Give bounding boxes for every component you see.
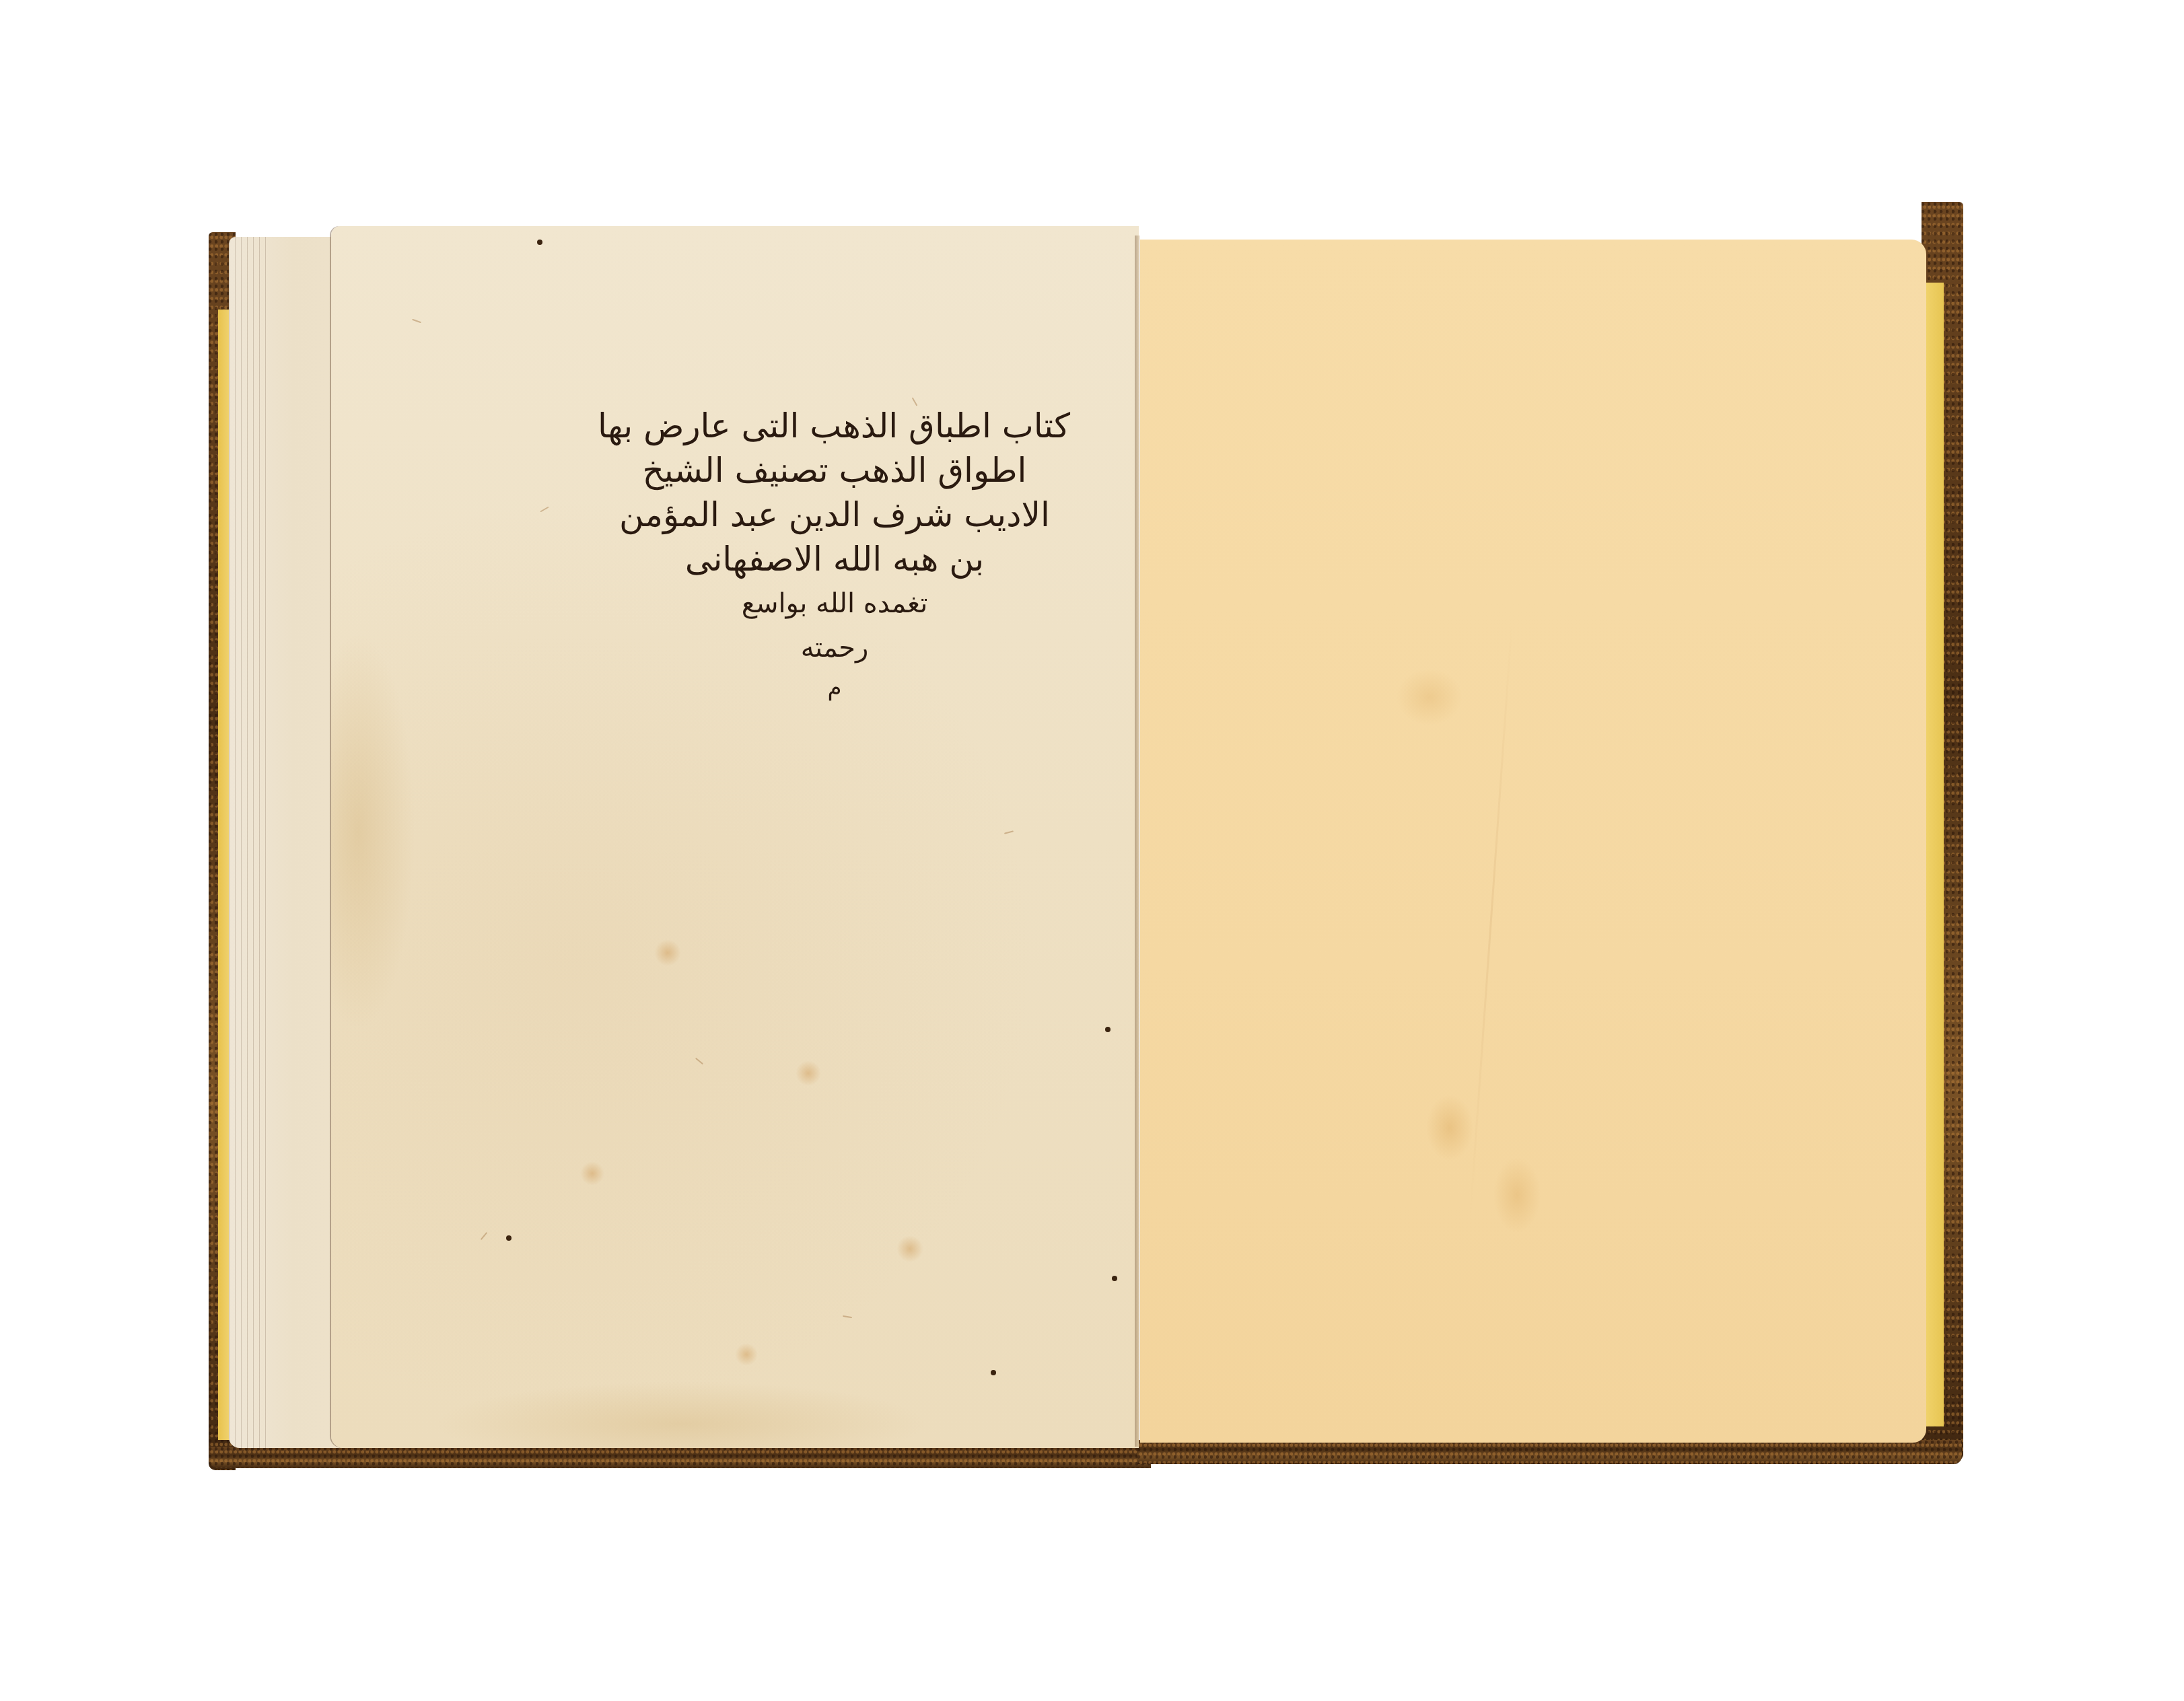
paper-fiber <box>481 1232 488 1240</box>
foxing-spot <box>580 1161 604 1186</box>
inscription-line-4: بن هبه الله الاصفهانى <box>599 537 1070 581</box>
left-cover-bottom-edge <box>209 1447 1151 1468</box>
inscription-line-3: الاديب شرف الدين عبد المؤمن <box>599 493 1070 537</box>
page-crease <box>1469 617 1514 1221</box>
paper-fiber <box>540 507 549 513</box>
paper-fiber <box>695 1058 703 1065</box>
paper-fiber <box>1004 830 1014 834</box>
book-gutter <box>1135 236 1140 1447</box>
wormhole <box>1112 1276 1117 1281</box>
foxing-spot <box>796 1060 821 1086</box>
right-yellow-pastedown <box>1926 283 1944 1426</box>
foxing-spot <box>735 1343 758 1366</box>
paper-fiber <box>412 319 421 324</box>
paper-fiber <box>843 1315 852 1318</box>
foxing-spot <box>654 939 681 966</box>
wormhole <box>537 240 542 245</box>
title-inscription: كتاب اطباق الذهب التى عارض بها اطواق الذ… <box>599 404 1070 705</box>
right-cover-bottom-edge <box>1137 1440 1962 1464</box>
foxing-spot <box>896 1235 923 1262</box>
wormhole <box>506 1235 512 1241</box>
inscription-line-5: تغمده الله بواسع <box>599 581 1070 626</box>
wormhole <box>991 1370 996 1375</box>
inscription-line-2: اطواق الذهب تصنيف الشيخ <box>599 448 1070 493</box>
right-blank-page <box>1140 240 1926 1443</box>
wormhole <box>1105 1027 1111 1032</box>
inscription-line-6: رحمته <box>599 626 1070 670</box>
inscription-line-7: م <box>599 670 1070 705</box>
inscription-line-1: كتاب اطباق الذهب التى عارض بها <box>599 404 1070 448</box>
